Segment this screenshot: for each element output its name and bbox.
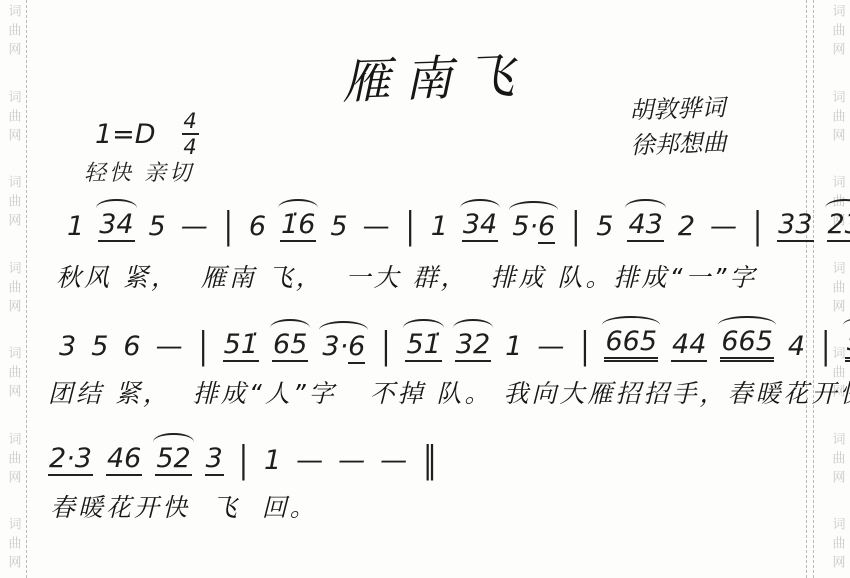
slur-arc — [509, 201, 558, 210]
note-token: 46 — [106, 444, 142, 476]
lyricist-credit: 胡敦骅词 — [629, 90, 726, 128]
watermark-text: 词曲网 — [4, 175, 23, 232]
slur-arc — [602, 316, 660, 325]
note-underlined-part: 6 — [348, 331, 365, 364]
duration-dash: — — [155, 332, 184, 362]
note-token: 43 — [627, 210, 663, 242]
watermark-text: 词曲网 — [828, 261, 847, 318]
time-signature: 4 4 — [182, 110, 199, 158]
slur-arc — [403, 319, 443, 328]
watermark-text: 词曲网 — [828, 90, 847, 147]
watermark-text: 词曲网 — [4, 432, 23, 489]
note-token: 51̇ — [405, 330, 441, 362]
note-token: 665 — [720, 327, 774, 362]
barline: | — [404, 207, 417, 247]
note-token: 4 — [787, 332, 806, 362]
note-token: 23 — [827, 210, 850, 242]
note-token: 1 — [66, 212, 85, 242]
duration-dash: — — [709, 212, 738, 242]
note-token: 34 — [98, 210, 134, 242]
notation-line-1: 1345—|61̇65—|1345·6|5432—|33231·2| — [66, 200, 850, 242]
slur-arc — [460, 199, 500, 208]
note-token: 6 — [248, 212, 267, 242]
slur-arc — [153, 433, 193, 442]
notation-line-3: 2·346523|1———‖ — [48, 434, 439, 476]
duration-dash: — — [180, 212, 209, 242]
watermark-text: 词曲网 — [4, 517, 23, 574]
note-underlined-part: 6 — [538, 211, 555, 244]
note-token: 51̇ — [223, 330, 259, 362]
note-token: 3 — [205, 444, 224, 476]
note-token: 33 — [777, 210, 813, 242]
watermark-text: 词曲网 — [4, 346, 23, 403]
duration-dash: — — [295, 446, 324, 476]
time-signature-numerator: 4 — [183, 110, 196, 132]
note-token: 52 — [155, 444, 191, 476]
slur-arc — [625, 199, 665, 208]
note-token: 2·3 — [48, 444, 93, 476]
notation-line-2: 356—|51̇653·6|51̇321—|665446654|55433554… — [58, 320, 850, 362]
note-token: 2 — [677, 212, 696, 242]
note-token: 5·6 — [511, 212, 556, 242]
left-watermark-column: 词曲网词曲网词曲网词曲网词曲网词曲网词曲网 — [3, 4, 23, 574]
note-token: 1̇6 — [280, 210, 316, 242]
right-dashed-border-inner — [813, 0, 814, 578]
time-signature-denominator: 4 — [183, 136, 196, 158]
barline: ‖ — [421, 441, 439, 481]
slur-arc — [319, 321, 368, 330]
note-token: 6 — [122, 332, 141, 362]
duration-dash: — — [337, 446, 366, 476]
lyrics-line-3: 春暖花开快 飞 回。 — [50, 488, 318, 524]
note-token: 1 — [504, 332, 523, 362]
right-dashed-border-outer — [806, 0, 807, 578]
barline: | — [751, 207, 764, 247]
tempo-marking: 轻快 亲切 — [84, 156, 194, 187]
note-token: 5 — [595, 212, 614, 242]
watermark-text: 词曲网 — [4, 4, 23, 61]
note-token: 5 — [329, 212, 348, 242]
note-token: 1 — [430, 212, 449, 242]
barline: | — [222, 207, 235, 247]
note-token: 1 — [263, 446, 282, 476]
note-token: 65 — [272, 330, 308, 362]
lyrics-line-2: 团结 紧， 排成“人”字 不掉 队。 我向大雁招招手，春暖花开快飞回， — [48, 374, 850, 410]
barline: | — [569, 207, 582, 247]
barline: | — [237, 441, 250, 481]
lyrics-line-1: 秋风 紧， 雁南 飞， 一大 群， 排成 队。排成“一”字 — [56, 258, 757, 294]
watermark-text: 词曲网 — [828, 4, 847, 61]
watermark-text: 词曲网 — [828, 517, 847, 574]
left-dashed-border — [26, 0, 27, 578]
key-signature-row: 1=D 4 4 — [95, 110, 199, 158]
key-signature: 1=D — [95, 119, 156, 150]
note-token: 44 — [671, 330, 707, 362]
watermark-text: 词曲网 — [4, 90, 23, 147]
slur-arc — [278, 199, 318, 208]
note-token: 3 — [58, 332, 77, 362]
barline: | — [578, 327, 591, 367]
watermark-text: 词曲网 — [4, 261, 23, 318]
sheet-music-page: 词曲网词曲网词曲网词曲网词曲网词曲网词曲网 词曲网词曲网词曲网词曲网词曲网词曲网… — [0, 0, 850, 578]
duration-dash: — — [362, 212, 391, 242]
note-head-part: 3· — [322, 331, 348, 362]
duration-dash: — — [379, 446, 408, 476]
note-token: 554 — [845, 327, 850, 362]
song-title: 雁南飞 — [299, 35, 571, 113]
note-token: 3·6 — [321, 332, 366, 362]
note-token: 5 — [148, 212, 167, 242]
barline: | — [379, 327, 392, 367]
barline: | — [819, 327, 832, 367]
slur-arc — [453, 319, 493, 328]
note-token: 34 — [462, 210, 498, 242]
composer-credit: 徐邦想曲 — [630, 125, 727, 163]
slur-arc — [825, 199, 850, 208]
right-watermark-column: 词曲网词曲网词曲网词曲网词曲网词曲网词曲网 — [827, 4, 847, 574]
note-token: 5 — [90, 332, 109, 362]
note-head-part: 5· — [512, 211, 538, 242]
credits-block: 胡敦骅词 徐邦想曲 — [629, 90, 727, 163]
note-token: 665 — [604, 327, 658, 362]
slur-arc — [96, 199, 136, 208]
note-token: 32 — [455, 330, 491, 362]
duration-dash: — — [536, 332, 565, 362]
barline: | — [197, 327, 210, 367]
watermark-text: 词曲网 — [828, 432, 847, 489]
slur-arc — [270, 319, 310, 328]
slur-arc — [718, 316, 776, 325]
